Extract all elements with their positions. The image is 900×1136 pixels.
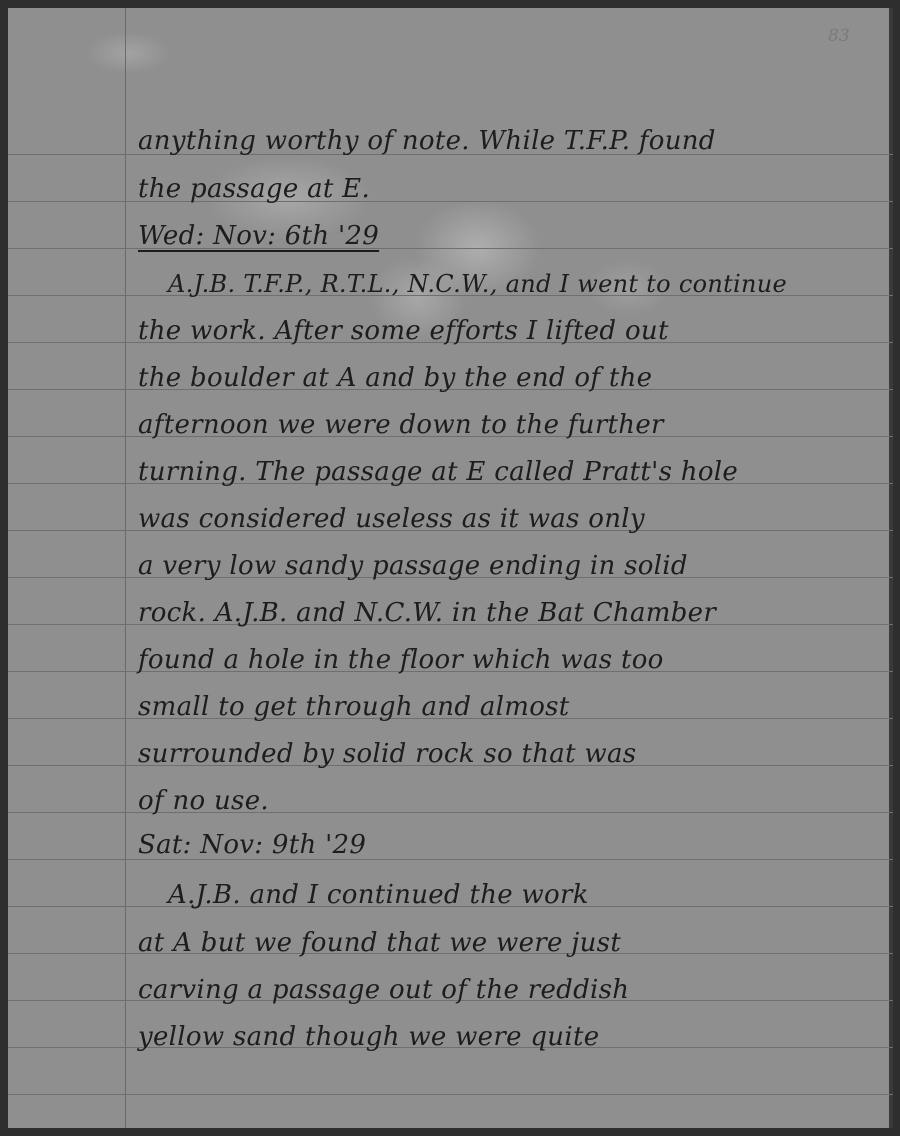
margin-line <box>125 8 126 1128</box>
notebook-page: 83 anything worthy of note. While T.F.P.… <box>8 8 893 1128</box>
text-line: afternoon we were down to the further <box>138 410 664 440</box>
text-line: rock. A.J.B. and N.C.W. in the Bat Chamb… <box>138 598 716 628</box>
text-line: found a hole in the floor which was too <box>138 645 664 675</box>
text-line: A.J.B. T.F.P., R.T.L., N.C.W., and I wen… <box>168 270 787 298</box>
text-line: a very low sandy passage ending in solid <box>138 551 688 581</box>
text-line: the boulder at A and by the end of the <box>138 363 652 393</box>
text-line: was considered useless as it was only <box>138 504 645 534</box>
text-line: turning. The passage at E called Pratt's… <box>138 457 738 487</box>
text-line: of no use. <box>138 786 269 816</box>
page-edge <box>889 8 893 1128</box>
text-line: small to get through and almost <box>138 692 570 722</box>
entry-date-heading: Sat: Nov: 9th '29 <box>138 830 366 860</box>
text-line: yellow sand though we were quite <box>138 1022 599 1052</box>
text-line: carving a passage out of the reddish <box>138 975 629 1005</box>
entry-date-heading: Wed: Nov: 6th '29 <box>138 221 379 251</box>
text-line: anything worthy of note. While T.F.P. fo… <box>138 126 716 156</box>
text-line: at A but we found that we were just <box>138 928 621 958</box>
text-line: the work. After some efforts I lifted ou… <box>138 316 669 346</box>
ruled-line <box>8 1094 893 1095</box>
text-line: the passage at E. <box>138 174 370 204</box>
page-number: 83 <box>828 26 850 46</box>
text-line: surrounded by solid rock so that was <box>138 739 636 769</box>
text-line: A.J.B. and I continued the work <box>168 880 589 910</box>
